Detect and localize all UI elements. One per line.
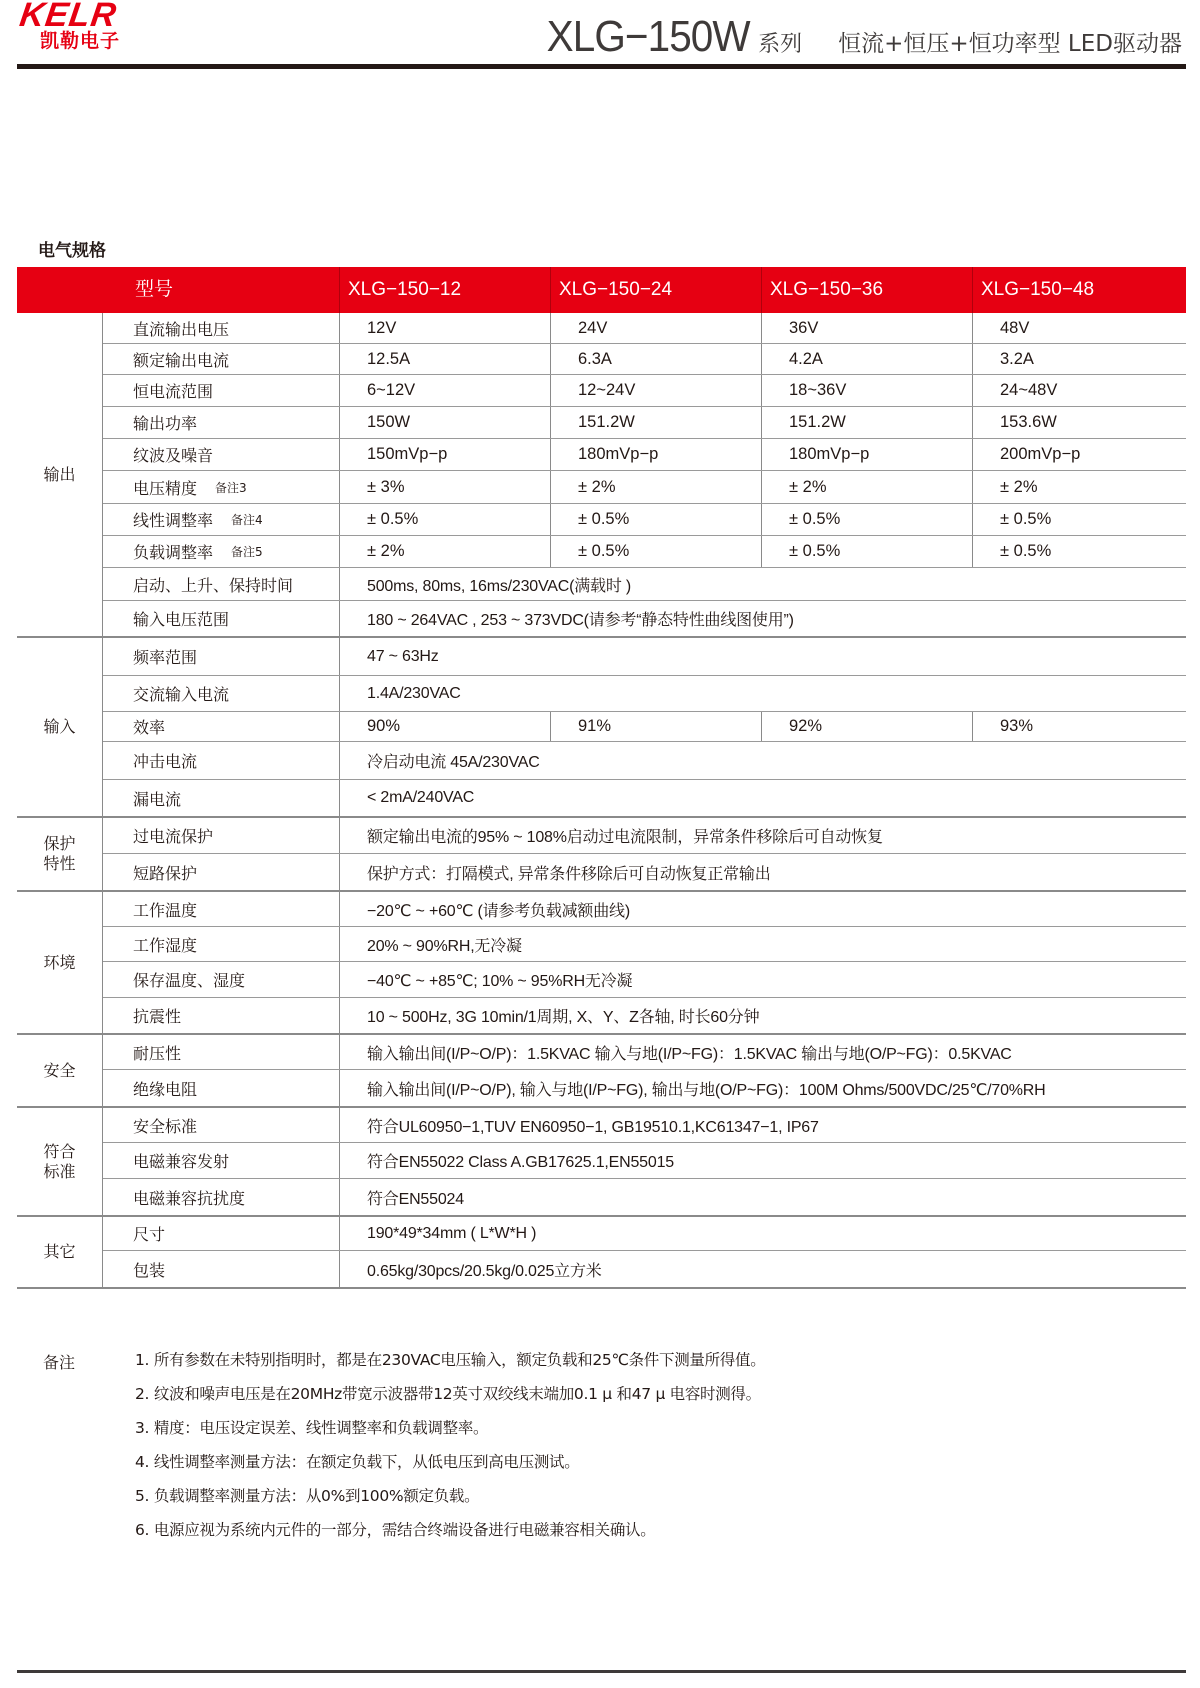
row-value: 153.6W [973, 407, 1186, 438]
table-row: 启动、上升、保持时间 500ms, 80ms, 16ms/230VAC(满载时 … [103, 568, 1186, 601]
row-value: ± 0.5% [551, 504, 762, 535]
row-name: 输出功率 [103, 407, 340, 438]
row-value: 6~12V [340, 375, 551, 406]
header-model-36: XLG−150−36 [762, 267, 973, 313]
group-environment: 环境 工作温度 −20℃ ~ +60℃ (请参考负载减额曲线) 工作湿度 20%… [17, 892, 1186, 1035]
header-model-12: XLG−150−12 [340, 267, 551, 313]
row-value: 输入输出间(I/P~O/P)：1.5KVAC 输入与地(I/P~FG)：1.5K… [340, 1035, 1186, 1069]
row-value: ± 0.5% [973, 504, 1186, 535]
row-value: 12V [340, 313, 551, 343]
row-name: 安全标准 [103, 1108, 340, 1142]
row-name: 电磁兼容抗扰度 [103, 1179, 340, 1215]
table-row: 包装 0.65kg/30pcs/20.5kg/0.025立方米 [103, 1251, 1186, 1287]
row-name: 冲击电流 [103, 742, 340, 779]
row-value: ± 0.5% [762, 536, 973, 567]
group-label-safety: 安全 [17, 1035, 103, 1106]
row-name: 漏电流 [103, 780, 340, 816]
table-row: 负载调整率 备注5 ± 2% ± 0.5% ± 0.5% ± 0.5% [103, 536, 1186, 568]
brand-logo: KELR 凯勒电子 [20, 0, 120, 52]
row-value: 3.2A [973, 344, 1186, 374]
table-row: 线性调整率 备注4 ± 0.5% ± 0.5% ± 0.5% ± 0.5% [103, 504, 1186, 536]
row-value: 冷启动电流 45A/230VAC [340, 742, 1186, 779]
row-note-ref: 备注3 [215, 479, 247, 496]
row-value: 0.65kg/30pcs/20.5kg/0.025立方米 [340, 1251, 1186, 1287]
footer-divider [17, 1670, 1186, 1673]
row-name: 绝缘电阻 [103, 1070, 340, 1106]
row-name: 抗震性 [103, 998, 340, 1033]
row-value: 12~24V [551, 375, 762, 406]
note-item: 5. 负载调整率测量方法：从0%到100%额定负载。 [135, 1486, 765, 1520]
note-item: 3. 精度：电压设定误差、线性调整率和负载调整率。 [135, 1418, 765, 1452]
row-value: 4.2A [762, 344, 973, 374]
table-row: 安全标准 符合UL60950−1,TUV EN60950−1, GB19510.… [103, 1108, 1186, 1143]
table-row: 交流输入电流 1.4A/230VAC [103, 676, 1186, 712]
row-name: 直流输出电压 [103, 313, 340, 343]
note-item: 6. 电源应视为系统内元件的一部分，需结合终端设备进行电磁兼容相关确认。 [135, 1520, 765, 1554]
group-label-input: 输入 [17, 638, 103, 816]
row-value: 180mVp−p [762, 439, 973, 470]
table-row: 输入电压范围 180 ~ 264VAC , 253 ~ 373VDC(请参考“静… [103, 601, 1186, 636]
table-row: 效率 90% 91% 92% 93% [103, 712, 1186, 742]
row-value: ± 0.5% [551, 536, 762, 567]
row-value: 48V [973, 313, 1186, 343]
header-model-24: XLG−150−24 [551, 267, 762, 313]
table-header: 型号 XLG−150−12 XLG−150−24 XLG−150−36 XLG−… [17, 267, 1186, 313]
row-value: ± 2% [762, 471, 973, 503]
table-row: 工作湿度 20% ~ 90%RH,无冷凝 [103, 927, 1186, 962]
table-row: 输出功率 150W 151.2W 151.2W 153.6W [103, 407, 1186, 439]
row-name: 短路保护 [103, 854, 340, 890]
row-value: 12.5A [340, 344, 551, 374]
note-item: 1. 所有参数在未特别指明时，都是在230VAC电压输入，额定负载和25℃条件下… [135, 1350, 765, 1384]
notes-label: 备注 [43, 1350, 75, 1373]
header-model-48: XLG−150−48 [973, 267, 1186, 313]
table-row: 尺寸 190*49*34mm ( L*W*H ) [103, 1217, 1186, 1251]
row-value: ± 2% [973, 471, 1186, 503]
title-model: XLG−150W [547, 12, 750, 62]
table-row: 保存温度、湿度 −40℃ ~ +85℃; 10% ~ 95%RH无冷凝 [103, 962, 1186, 998]
table-row: 抗震性 10 ~ 500Hz, 3G 10min/1周期, X、Y、Z各轴, 时… [103, 998, 1186, 1033]
row-value: 500ms, 80ms, 16ms/230VAC(满载时 ) [340, 568, 1186, 600]
table-row: 漏电流 < 2mA/240VAC [103, 780, 1186, 816]
table-row: 过电流保护 额定输出电流的95% ~ 108%启动过电流限制，异常条件移除后可自… [103, 818, 1186, 854]
row-value: 20% ~ 90%RH,无冷凝 [340, 927, 1186, 961]
row-value: 90% [340, 712, 551, 741]
row-value: 符合EN55024 [340, 1179, 1186, 1215]
row-name: 线性调整率 备注4 [103, 504, 340, 535]
row-value: −20℃ ~ +60℃ (请参考负载减额曲线) [340, 892, 1186, 926]
spec-table: 型号 XLG−150−12 XLG−150−24 XLG−150−36 XLG−… [17, 267, 1186, 1289]
row-note-ref: 备注5 [231, 543, 263, 560]
group-label-other: 其它 [17, 1217, 103, 1287]
group-label-line: 保护 [43, 834, 75, 854]
row-value: 180mVp−p [551, 439, 762, 470]
group-label-environment: 环境 [17, 892, 103, 1033]
row-value: ± 0.5% [340, 504, 551, 535]
title-description: 恒流+恒压+恒功率型 LED驱动器 [838, 25, 1182, 58]
group-label-line: 特性 [43, 854, 75, 874]
row-value: 180 ~ 264VAC , 253 ~ 373VDC(请参考“静态特性曲线图使… [340, 601, 1186, 636]
row-value: 输入输出间(I/P~O/P), 输入与地(I/P~FG), 输出与地(O/P~F… [340, 1070, 1186, 1106]
table-row: 电磁兼容发射 符合EN55022 Class A.GB17625.1,EN550… [103, 1143, 1186, 1179]
row-name: 过电流保护 [103, 818, 340, 853]
table-row: 电磁兼容抗扰度 符合EN55024 [103, 1179, 1186, 1215]
logo-text-en: KELR [18, 0, 122, 30]
row-name-text: 负载调整率 [133, 540, 213, 563]
header-model-label: 型号 [17, 267, 340, 313]
row-name: 效率 [103, 712, 340, 741]
group-label-protection: 保护 特性 [17, 818, 103, 890]
table-row: 恒电流范围 6~12V 12~24V 18~36V 24~48V [103, 375, 1186, 407]
row-name: 启动、上升、保持时间 [103, 568, 340, 600]
table-row: 短路保护 保护方式：打隔模式, 异常条件移除后可自动恢复正常输出 [103, 854, 1186, 890]
row-value: 36V [762, 313, 973, 343]
group-other: 其它 尺寸 190*49*34mm ( L*W*H ) 包装 0.65kg/30… [17, 1217, 1186, 1289]
row-value: 符合UL60950−1,TUV EN60950−1, GB19510.1,KC6… [340, 1108, 1186, 1142]
row-name: 纹波及噪音 [103, 439, 340, 470]
row-name: 包装 [103, 1251, 340, 1287]
row-value: ± 3% [340, 471, 551, 503]
group-safety: 安全 耐压性 输入输出间(I/P~O/P)：1.5KVAC 输入与地(I/P~F… [17, 1035, 1186, 1108]
row-name: 尺寸 [103, 1217, 340, 1250]
row-value: 150mVp−p [340, 439, 551, 470]
row-name: 额定输出电流 [103, 344, 340, 374]
row-value: 150W [340, 407, 551, 438]
row-value: 93% [973, 712, 1186, 741]
row-value: 92% [762, 712, 973, 741]
section-title: 电气规格 [38, 236, 106, 261]
row-value: 91% [551, 712, 762, 741]
row-value: 18~36V [762, 375, 973, 406]
table-row: 工作温度 −20℃ ~ +60℃ (请参考负载减额曲线) [103, 892, 1186, 927]
row-value: −40℃ ~ +85℃; 10% ~ 95%RH无冷凝 [340, 962, 1186, 997]
table-row: 耐压性 输入输出间(I/P~O/P)：1.5KVAC 输入与地(I/P~FG)：… [103, 1035, 1186, 1070]
table-row: 直流输出电压 12V 24V 36V 48V [103, 313, 1186, 344]
note-item: 4. 线性调整率测量方法：在额定负载下，从低电压到高电压测试。 [135, 1452, 765, 1486]
row-name: 交流输入电流 [103, 676, 340, 711]
row-value: 保护方式：打隔模式, 异常条件移除后可自动恢复正常输出 [340, 854, 1186, 890]
row-name-text: 线性调整率 [133, 508, 213, 531]
row-value: 10 ~ 500Hz, 3G 10min/1周期, X、Y、Z各轴, 时长60分… [340, 998, 1186, 1033]
row-name: 电磁兼容发射 [103, 1143, 340, 1178]
group-label-standards: 符合 标准 [17, 1108, 103, 1215]
group-label-line: 符合 [43, 1142, 75, 1162]
row-note-ref: 备注4 [231, 511, 263, 528]
group-label-line: 标准 [43, 1162, 75, 1182]
row-name: 输入电压范围 [103, 601, 340, 636]
row-name: 负载调整率 备注5 [103, 536, 340, 567]
row-value: 200mVp−p [973, 439, 1186, 470]
row-value: ± 2% [340, 536, 551, 567]
row-value: 151.2W [551, 407, 762, 438]
row-value: 6.3A [551, 344, 762, 374]
row-value: 额定输出电流的95% ~ 108%启动过电流限制，异常条件移除后可自动恢复 [340, 818, 1186, 853]
row-value: ± 2% [551, 471, 762, 503]
table-row: 电压精度 备注3 ± 3% ± 2% ± 2% ± 2% [103, 471, 1186, 504]
group-protection: 保护 特性 过电流保护 额定输出电流的95% ~ 108%启动过电流限制，异常条… [17, 818, 1186, 892]
row-name: 工作温度 [103, 892, 340, 926]
group-standards: 符合 标准 安全标准 符合UL60950−1,TUV EN60950−1, GB… [17, 1108, 1186, 1217]
row-name-text: 电压精度 [133, 476, 197, 499]
table-row: 纹波及噪音 150mVp−p 180mVp−p 180mVp−p 200mVp−… [103, 439, 1186, 471]
table-row: 额定输出电流 12.5A 6.3A 4.2A 3.2A [103, 344, 1186, 375]
page-title: XLG−150W 系列 恒流+恒压+恒功率型 LED驱动器 [529, 12, 1182, 62]
row-name: 保存温度、湿度 [103, 962, 340, 997]
group-output: 输出 直流输出电压 12V 24V 36V 48V 额定输出电流 12.5A 6… [17, 313, 1186, 638]
group-label-output: 输出 [17, 313, 103, 636]
row-value: < 2mA/240VAC [340, 780, 1186, 816]
row-value: 190*49*34mm ( L*W*H ) [340, 1217, 1186, 1250]
row-value: 符合EN55022 Class A.GB17625.1,EN55015 [340, 1143, 1186, 1178]
notes-list: 1. 所有参数在未特别指明时，都是在230VAC电压输入，额定负载和25℃条件下… [135, 1350, 765, 1554]
note-item: 2. 纹波和噪声电压是在20MHz带宽示波器带12英寸双绞线末端加0.1 μ 和… [135, 1384, 765, 1418]
row-value: 1.4A/230VAC [340, 676, 1186, 711]
table-row: 冲击电流 冷启动电流 45A/230VAC [103, 742, 1186, 780]
table-row: 频率范围 47 ~ 63Hz [103, 638, 1186, 676]
table-row: 绝缘电阻 输入输出间(I/P~O/P), 输入与地(I/P~FG), 输出与地(… [103, 1070, 1186, 1106]
group-input: 输入 频率范围 47 ~ 63Hz 交流输入电流 1.4A/230VAC 效率 … [17, 638, 1186, 818]
row-name: 频率范围 [103, 638, 340, 675]
row-name: 工作湿度 [103, 927, 340, 961]
row-value: 151.2W [762, 407, 973, 438]
row-value: 24~48V [973, 375, 1186, 406]
row-name: 耐压性 [103, 1035, 340, 1069]
title-series: 系列 [758, 27, 802, 58]
row-value: ± 0.5% [973, 536, 1186, 567]
header-divider [17, 64, 1186, 69]
row-value: 24V [551, 313, 762, 343]
row-value: 47 ~ 63Hz [340, 638, 1186, 675]
row-name: 电压精度 备注3 [103, 471, 340, 503]
row-name: 恒电流范围 [103, 375, 340, 406]
row-value: ± 0.5% [762, 504, 973, 535]
